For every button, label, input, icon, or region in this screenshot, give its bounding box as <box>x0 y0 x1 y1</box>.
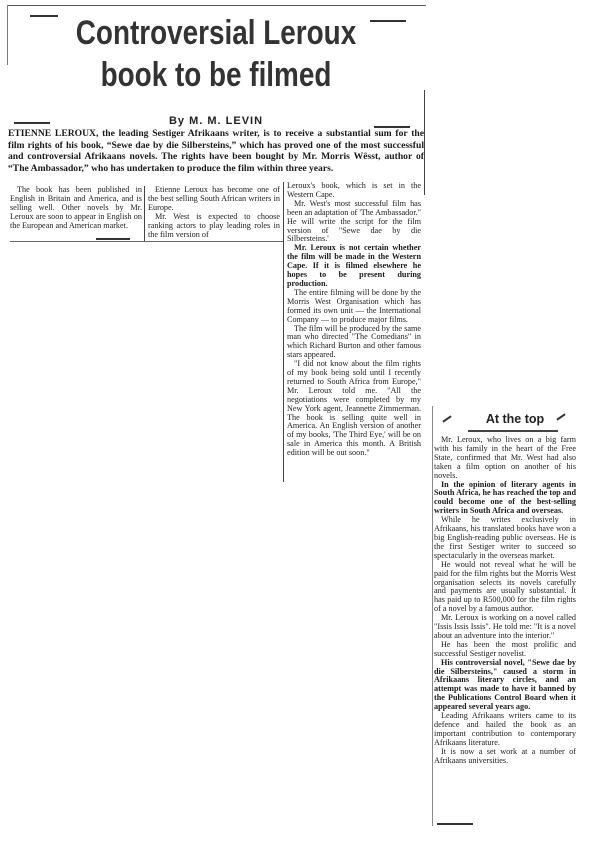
frame-top-rule <box>8 5 426 6</box>
sidebar-frame-left <box>432 406 433 826</box>
column-3-paragraph: Mr. Leroux is not certain whether the fi… <box>287 244 421 289</box>
column-3-paragraph: The film will be produced by the same ma… <box>287 325 421 361</box>
sidebar-paragraph: In the opinion of literary agents in Sou… <box>434 481 576 517</box>
sidebar-paragraph: Leading Afrikaans writers came to its de… <box>434 712 576 748</box>
lede-paragraph: ETIENNE LEROUX, the leading Sestiger Afr… <box>8 128 424 174</box>
sidebar-title: At the top <box>440 412 590 426</box>
frame-left-rule <box>7 5 8 65</box>
column-3-paragraph: "I did not know about the film rights of… <box>287 360 421 458</box>
column-2: Etienne Leroux has become one of the bes… <box>148 186 280 239</box>
column-3: Leroux's book, which is set in the Weste… <box>287 182 421 458</box>
byline: By M. M. LEVIN <box>10 115 422 127</box>
headline: Controversial Leroux book to be filmed <box>47 12 385 96</box>
column-1: The book has been published in English i… <box>10 186 142 231</box>
column-divider <box>144 186 145 241</box>
headline-line-2: book to be filmed <box>47 54 385 96</box>
sidebar-paragraph: He has been the most prolific and succes… <box>434 641 576 659</box>
sidebar-paragraph: Mr. Leroux, who lives on a big farm with… <box>434 436 576 481</box>
column-divider <box>283 182 284 482</box>
column-3-paragraph: Leroux's book, which is set in the Weste… <box>287 182 421 200</box>
sidebar-paragraph: It is now a set work at a number of Afri… <box>434 748 576 766</box>
column-2-paragraph: Mr. West is expected to choose ranking a… <box>148 213 280 240</box>
column-3-paragraph: The entire filming will be done by the M… <box>287 289 421 325</box>
sidebar-body: Mr. Leroux, who lives on a big farm with… <box>434 436 576 766</box>
column-2-paragraph: Etienne Leroux has become one of the bes… <box>148 186 280 213</box>
column-1-paragraph: The book has been published in English i… <box>10 186 142 231</box>
headline-line-1: Controversial Leroux <box>47 12 385 54</box>
decorative-dash <box>96 238 130 240</box>
column-bottom-rule <box>10 241 283 242</box>
column-3-paragraph: Mr. West's most successful film has been… <box>287 200 421 245</box>
sidebar-paragraph: Mr. Leroux is working on a novel called … <box>434 614 576 641</box>
sidebar-paragraph: His controversial novel, "Sewe dae by di… <box>434 659 576 712</box>
sidebar-title-underline <box>468 430 558 432</box>
sidebar-paragraph: He would not reveal what he will be paid… <box>434 561 576 614</box>
sidebar-paragraph: While he writes exclusively in Afrikaans… <box>434 516 576 561</box>
decorative-dash <box>437 823 473 825</box>
frame-right-rule <box>424 90 425 195</box>
